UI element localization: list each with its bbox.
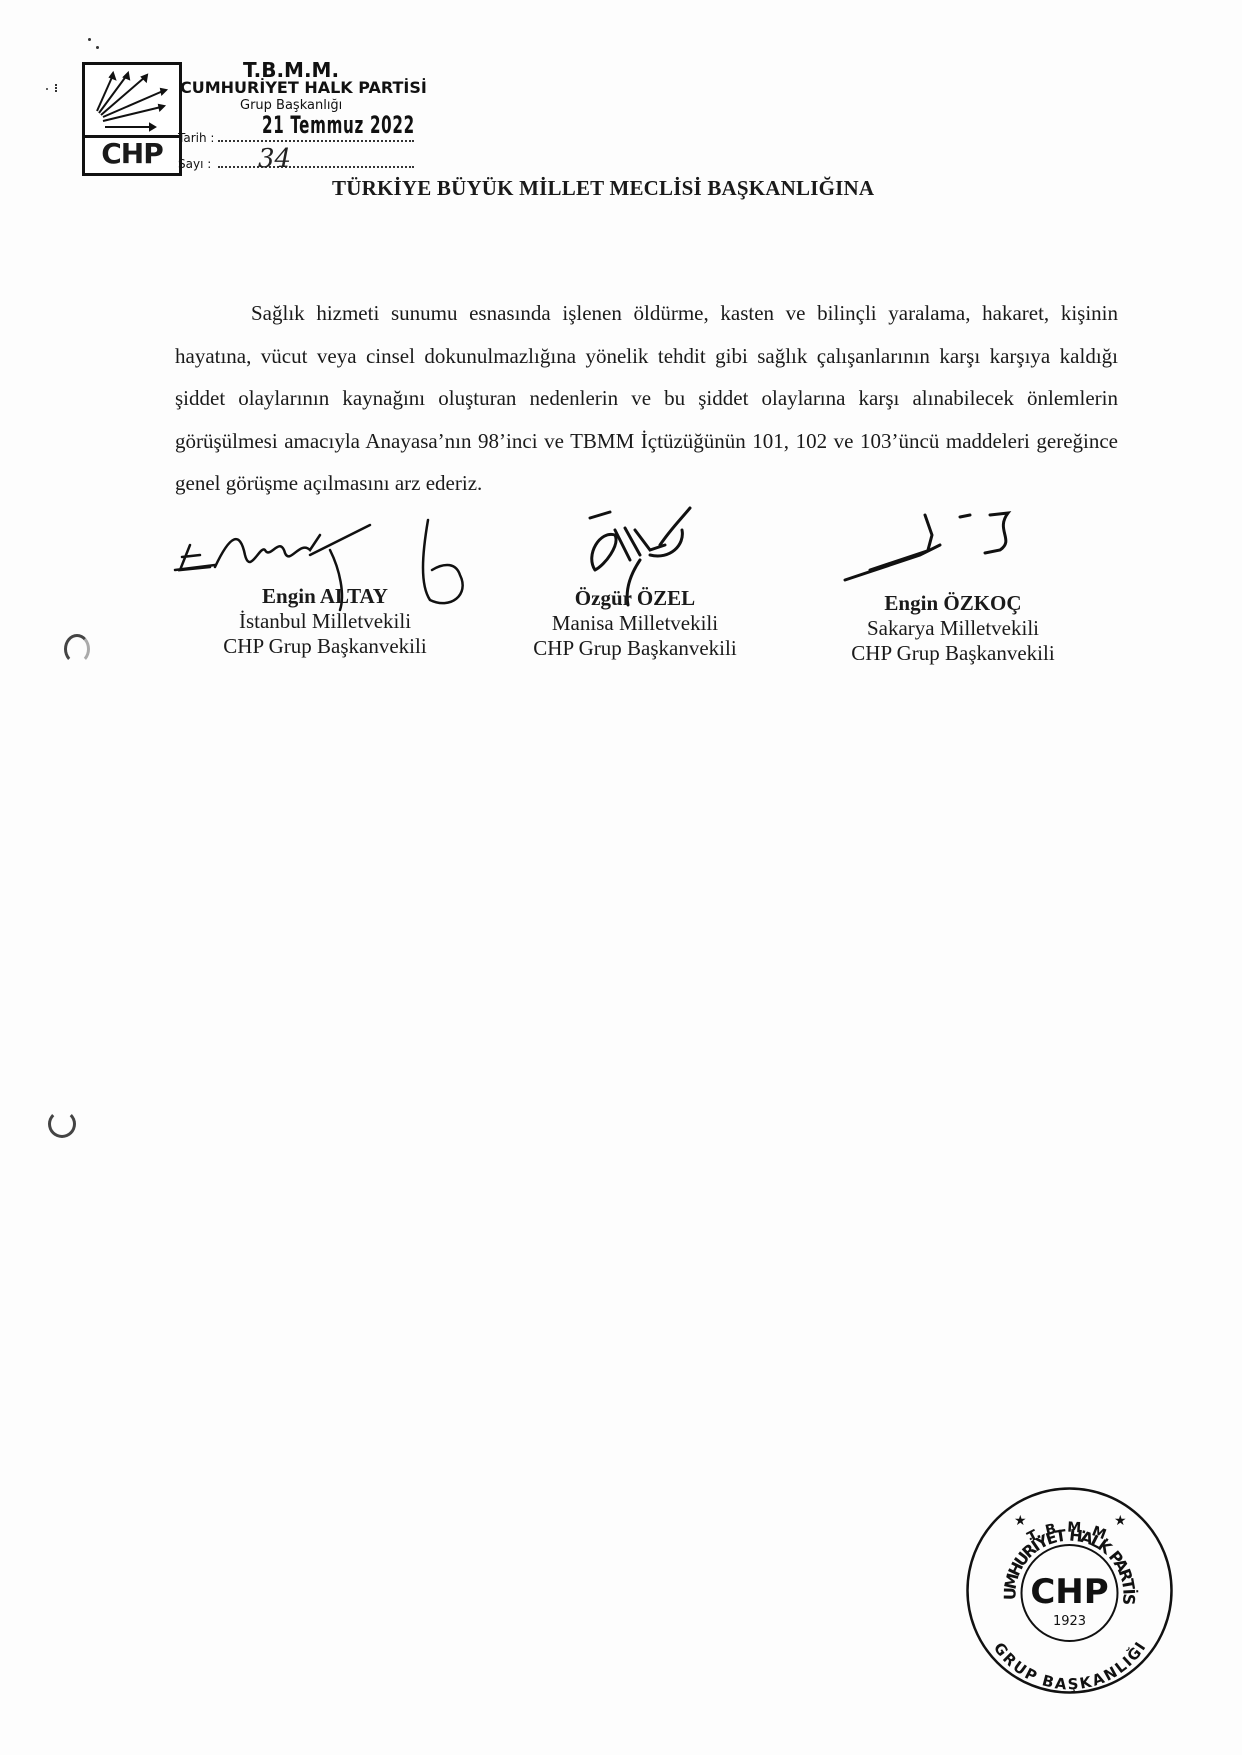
logo-text: CHP xyxy=(85,138,179,170)
signatory-constituency: Sakarya Milletvekili xyxy=(818,616,1088,641)
signatory-role: CHP Grup Başkanvekili xyxy=(190,634,460,659)
number-dotted-line xyxy=(218,150,414,168)
document-title: TÜRKİYE BÜYÜK MİLLET MECLİSİ BAŞKANLIĞIN… xyxy=(332,176,874,201)
scan-speck xyxy=(55,84,59,92)
scan-speck xyxy=(96,46,99,49)
stamp-logo: CHP xyxy=(1030,1572,1108,1612)
signatory-name: Engin ÖZKOÇ xyxy=(818,591,1088,616)
six-arrows-icon xyxy=(85,65,179,138)
letterhead-party: CUMHURİYET HALK PARTİSİ xyxy=(180,78,427,97)
signatory-role: CHP Grup Başkanvekili xyxy=(818,641,1088,666)
scan-speck xyxy=(46,88,48,90)
document-body: Sağlık hizmeti sunumu esnasında işlenen … xyxy=(175,292,1118,505)
stamp-year: 1923 xyxy=(1053,1614,1086,1629)
date-label: Tarih : xyxy=(178,131,214,145)
chp-group-stamp: T. B. M. M. CUMHURİYET HALK PARTİSİ GRUP… xyxy=(962,1483,1177,1698)
number-handwritten-value: 34 xyxy=(258,144,291,174)
signatory-name: Engin ALTAY xyxy=(190,584,460,609)
star-icon: ★ xyxy=(1014,1514,1027,1529)
signature-ozkoc-icon xyxy=(830,505,1030,585)
signatory-block: Özgür ÖZEL Manisa Milletvekili CHP Grup … xyxy=(500,586,770,661)
stamp-bottom-text: GRUP BAŞKANLIĞI xyxy=(990,1639,1149,1693)
scan-speck xyxy=(88,38,91,41)
svg-text:GRUP BAŞKANLIĞI: GRUP BAŞKANLIĞI xyxy=(990,1639,1149,1693)
punch-hole-mark xyxy=(48,1110,76,1138)
chp-logo: CHP xyxy=(82,62,182,176)
punch-hole-mark xyxy=(64,634,90,664)
signatory-constituency: İstanbul Milletvekili xyxy=(190,609,460,634)
date-stamp-value: 21 Temmuz 2022 xyxy=(262,111,415,139)
signatory-constituency: Manisa Milletvekili xyxy=(500,611,770,636)
signatory-block: Engin ALTAY İstanbul Milletvekili CHP Gr… xyxy=(190,584,460,659)
signatory-name: Özgür ÖZEL xyxy=(500,586,770,611)
signatory-block: Engin ÖZKOÇ Sakarya Milletvekili CHP Gru… xyxy=(818,591,1088,666)
star-icon: ★ xyxy=(1114,1514,1127,1529)
signatory-role: CHP Grup Başkanvekili xyxy=(500,636,770,661)
number-label: Sayı : xyxy=(178,157,211,171)
